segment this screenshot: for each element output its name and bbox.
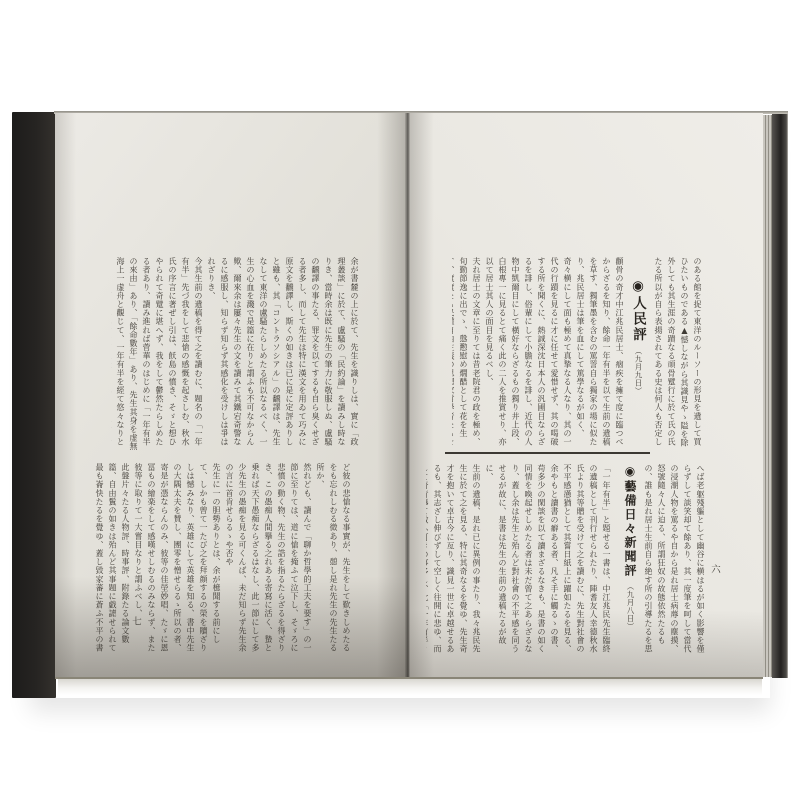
right-upper-continuation-text: のある館を捉て東洋のルーソーの形見を遺して買ひたいものである▲憾しながら其識見や… xyxy=(650,257,704,453)
section-divider-rule xyxy=(445,452,650,454)
book-gutter-fold xyxy=(405,113,410,678)
text-paragraph: ど彼の悲愴なる事實が、先生をして歎きしめたるをも忘れしむる微あり、憩し是れ先生の… xyxy=(314,463,353,657)
book-fore-edge xyxy=(772,114,788,678)
text-paragraph: 先生に一の胆勢ありとは、余が檍聞する前にして、しかも曾て一たび之を拜顔するの榮を… xyxy=(132,463,223,657)
text-paragraph: へば老躯殘軀として幽谷に横はるが如く影響を僅らずして談笑却て餘あり、其一度筆を呵… xyxy=(642,464,707,656)
bottom-edge-shadow xyxy=(58,679,762,695)
text-paragraph: 余が書麓の上に於て、先生を識りしは、實に「政理叢談」に於て、盧騷の「民約論」を讀… xyxy=(205,257,361,453)
book-photo: のある館を捉て東洋のルーソーの形見を遺して買ひたいものである▲憾しながら其識見や… xyxy=(0,0,800,800)
text-paragraph: 夫れ居士の文章に至りては昔老院君の政を極め、旬勤節逸に出でゝ、慇懃慰め燗醋として… xyxy=(452,257,483,453)
text-paragraph: 然れども、讀んで「聊か哲學的工夫を要す」の一節に至りては、道に愴を掩ふて泣下し、… xyxy=(223,463,314,657)
right-page-stack-edges xyxy=(763,115,772,677)
book-spine xyxy=(12,112,56,698)
section-title: ◉人民評 xyxy=(630,278,646,343)
left-lower-body-text: ど彼の悲愴なる事實が、先生をして歎きしめたるをも忘れしむる微あり、憩し是れ先生の… xyxy=(91,463,353,657)
text-paragraph: 今其生前の遺稿を得て之を讀むに、題名の「一年有半」先づ我をして悲愴の感慨を起さし… xyxy=(111,257,205,453)
left-upper-body-text: 余が書麓の上に於て、先生を識りしは、實に「政理叢談」に於て、盧騷の「民約論」を讀… xyxy=(111,257,361,453)
section-heading-jinminhyo: ◉人民評（九月九日） xyxy=(628,278,648,453)
right-lower-continuation-text: へば老躯殘軀として幽谷に横はるが如く影響を僅らずして談笑却て餘あり、其一度筆を呵… xyxy=(642,464,707,656)
section-heading-geibi-nichinichi: ◉藝備日々新聞評（九月八日） xyxy=(618,464,640,654)
page-number-left: 七 xyxy=(128,616,142,626)
right-upper-body-text: 顴骨の奇才中江兆民居士、痼疾を擁て度に臨つべからざるを知り、餘命一年有半を以て生… xyxy=(452,257,626,453)
text-paragraph: 生前の遺稿、是れ已に異例の事たり、我々兆民先生に於て之を見る、特に其奇なるを覺ゆ… xyxy=(426,464,483,656)
section-date: （九月八日） xyxy=(626,578,635,630)
right-lower-body-text: 「一年有半」と題せる一書は、中江兆民先生臨終の遺稿として刊行せられたり、陣耆友人… xyxy=(426,464,613,656)
text-paragraph: のある館を捉て東洋のルーソーの形見を遺して買ひたいものである▲憾しながら其識見や… xyxy=(650,257,704,453)
text-paragraph: 「一年有半」と題せる一書は、中江兆民先生臨終の遺稿として刊行せられたり、陣耆友人… xyxy=(483,464,613,656)
section-date: （九月九日） xyxy=(634,343,643,395)
text-paragraph: 顴骨の奇才中江兆民居士、痼疾を擁て度に臨つべからざるを知り、餘命一年有半を以て生… xyxy=(483,257,626,453)
page-number-right: 六 xyxy=(707,564,721,574)
text-paragraph: 此盤片々たる人物評、時事評、附錄たる論文數篇、自由鬒の如きは殆んど其事題に戯謔せ… xyxy=(91,463,132,657)
section-title: ◉藝備日々新聞評 xyxy=(623,464,637,578)
